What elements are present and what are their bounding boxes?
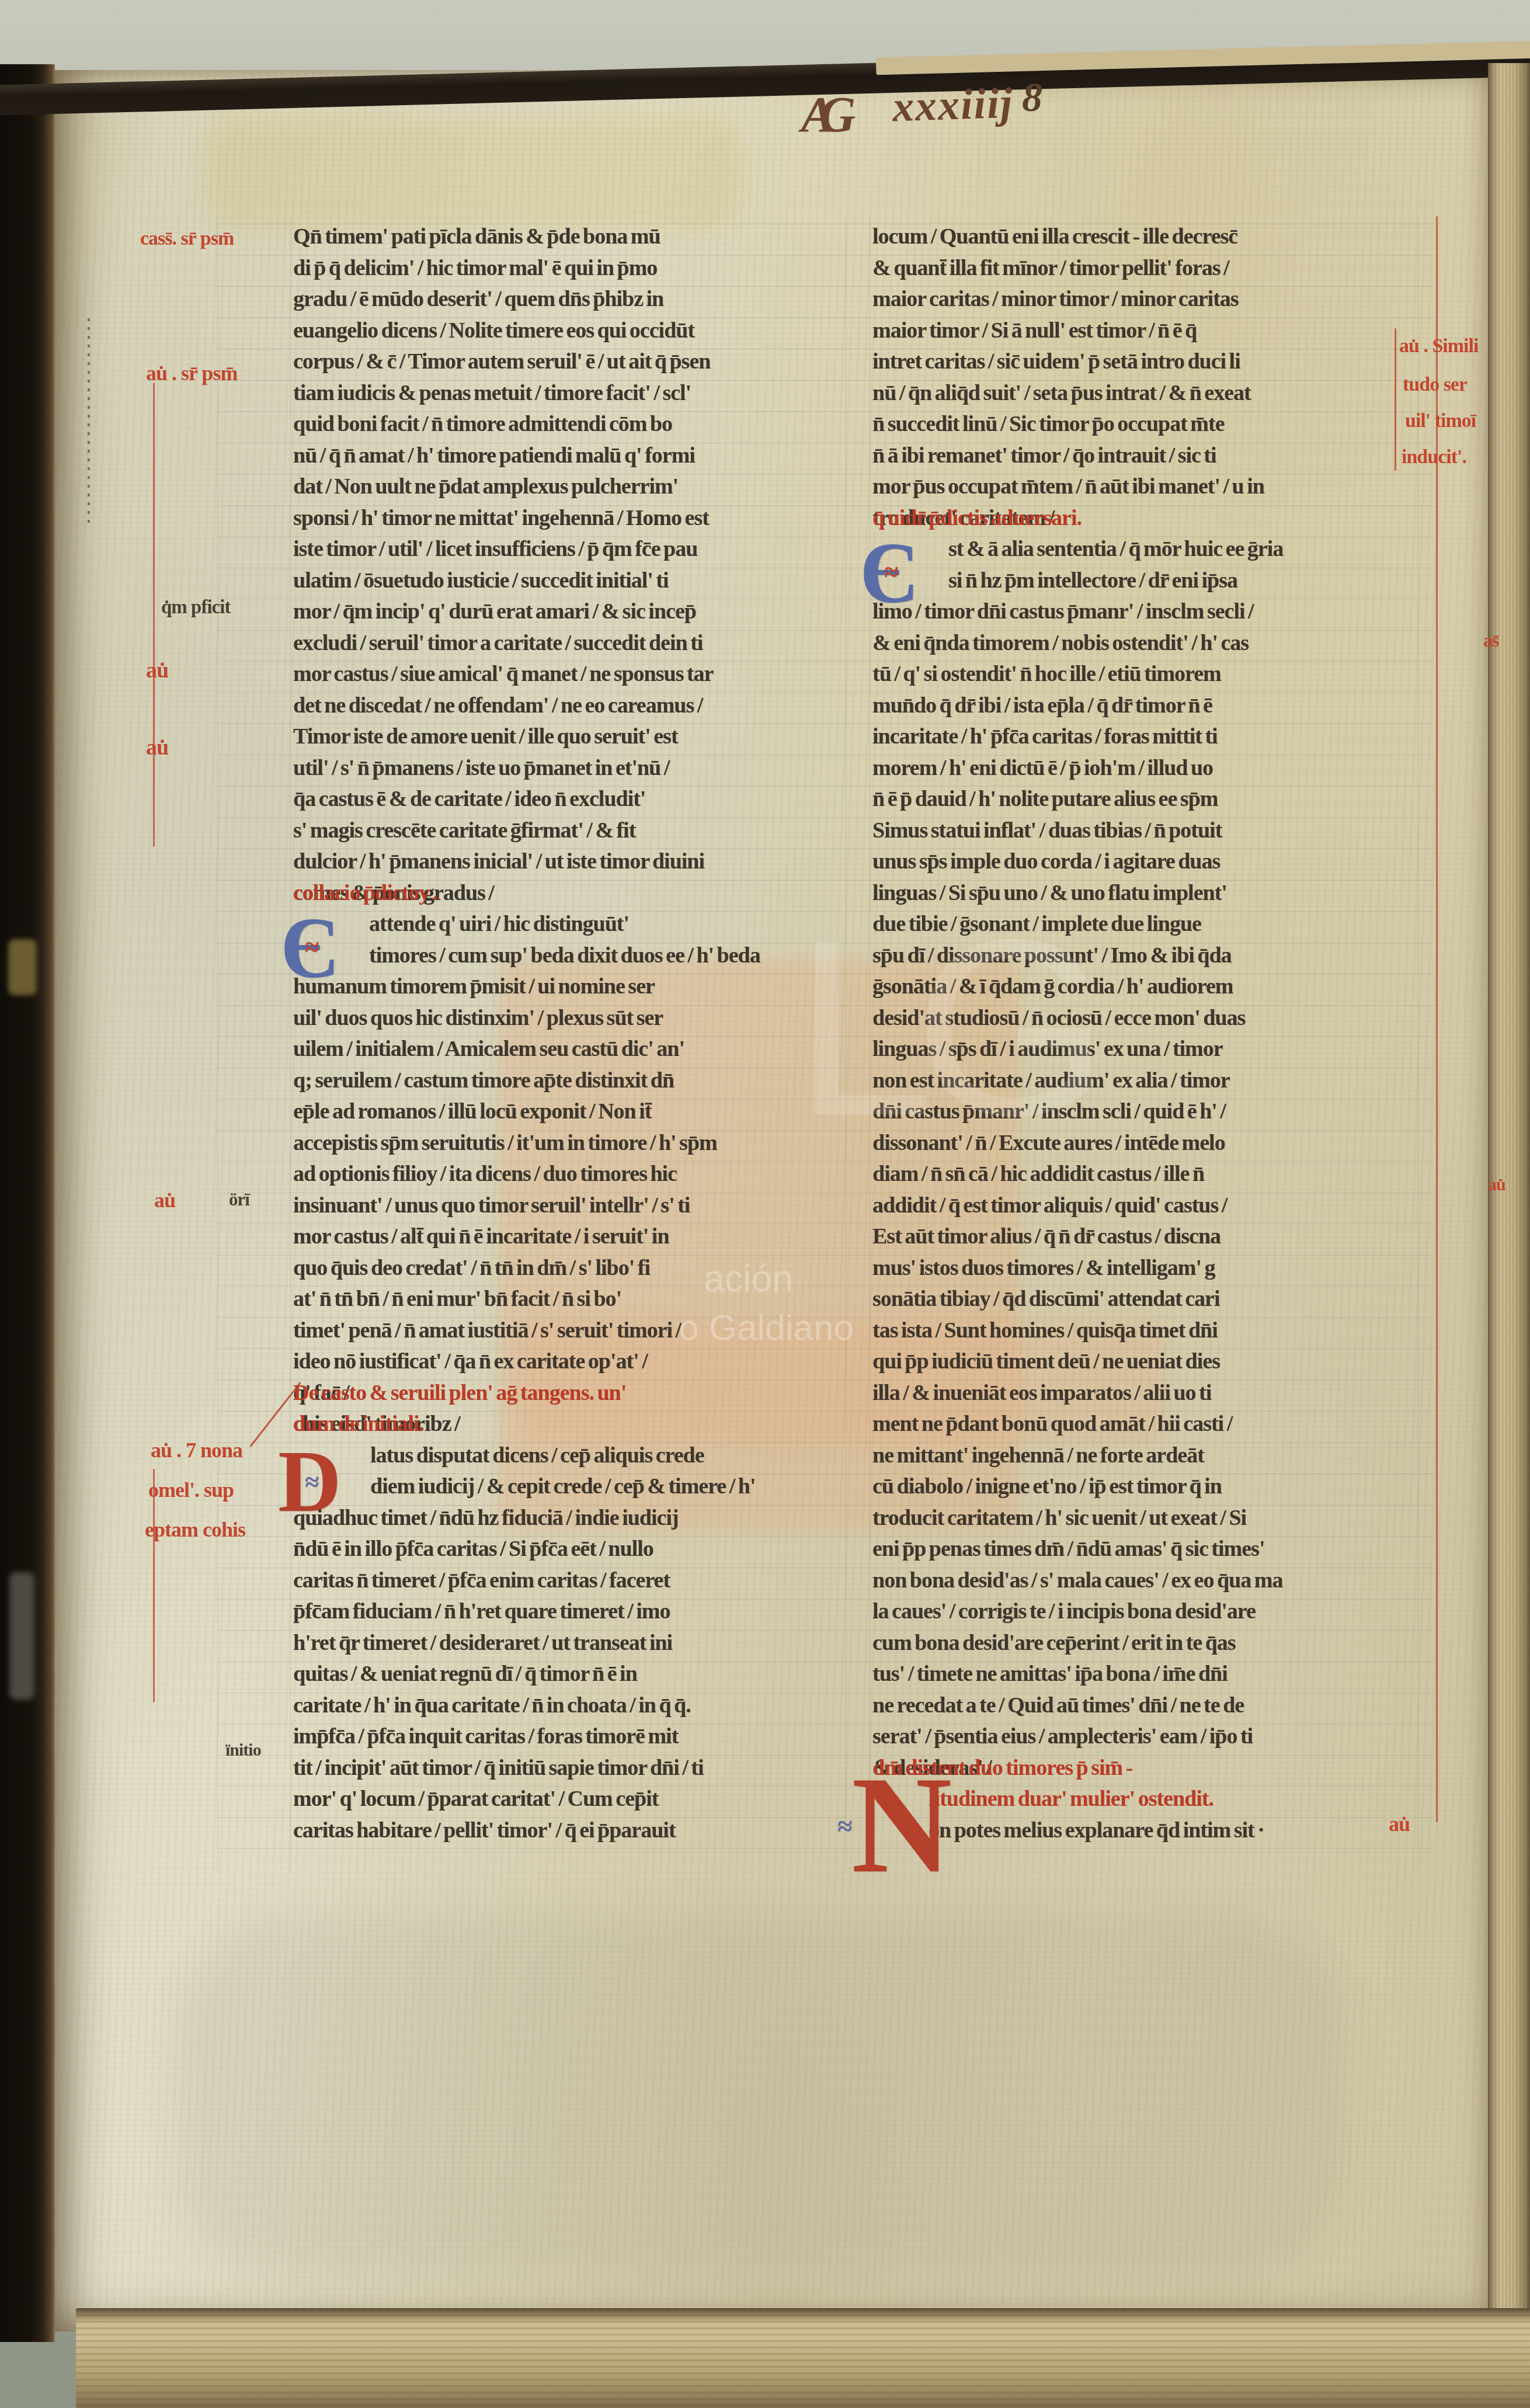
manuscript-line: addidit / q̄ est timor aliquis / quid' c… <box>872 1193 1421 1224</box>
manuscript-line: morem / h' eni dictū ē / p̄ ioh'm / illu… <box>872 755 1421 787</box>
manuscript-line: caritas n̄ timeret / p̄fc̄a enim caritas… <box>293 1568 847 1599</box>
line-segment: mun̄do q̄ dr̄ ibi / ista ep̄la / q̄ dr̄ … <box>872 693 1212 718</box>
manuscript-line: illa / & inueniāt eos imparatos / alii u… <box>872 1380 1421 1412</box>
manuscript-line: Qn̄ timem' pati pīcla dānis & p̄de bona … <box>293 224 847 255</box>
line-segment: corpus / & c̄ / Timor autem seruil' ē / … <box>293 349 710 374</box>
margin-note: as̄ <box>1483 630 1498 651</box>
manuscript-line: quitas / & ueniat regnū dī / q̄ timor n̄… <box>293 1661 847 1693</box>
line-segment: limo / timor dn̄i castus p̄manr' / inscl… <box>872 599 1254 624</box>
line-segment: caritas n̄ timeret / p̄fc̄a enim caritas… <box>293 1568 670 1593</box>
line-segment: non bona desid'as / s' mala caues' / ex … <box>872 1568 1282 1593</box>
line-segment: maior caritas / minor timor / minor cari… <box>872 286 1239 312</box>
manuscript-line: quid boni facit / n̄ timore admittendi c… <box>293 411 847 443</box>
line-segment: s' magis crescēte caritate ḡfirmat' / & … <box>293 818 635 843</box>
line-segment: unus sp̄s imple duo corda / i agitare du… <box>872 849 1220 874</box>
line-segment: q̄a castus ē & de caritate / ideo n̄ exc… <box>293 786 645 812</box>
manuscript-line: q' fac̄ / De casto & seruili plen' aḡ ta… <box>293 1380 847 1412</box>
manuscript-line: maior caritas / minor timor / minor cari… <box>872 286 1421 318</box>
manuscript-line: euangelio dicens / Nolite timere eos qui… <box>293 318 847 349</box>
line-segment: maior timor / Si ā null' est timor / n̄ … <box>872 318 1197 343</box>
line-segment: De casto & seruili plen' aḡ tangens. un' <box>293 1380 626 1406</box>
ruling-line-vertical <box>870 216 870 1872</box>
line-segment: si n̄ hz p̄m intellectore / dr̄ eni ip̄s… <box>948 568 1237 593</box>
manuscript-line: tus' / timete ne amittas' ip̄a bona / im… <box>872 1661 1421 1693</box>
manuscript-line: caritas habitare / pellit' timor' / q̄ e… <box>293 1818 847 1849</box>
manuscript-line: tas ista / Sunt homines / quisq̄a timet … <box>872 1318 1421 1349</box>
line-segment: tiam iudicis & penas metuit / timore fac… <box>293 380 691 406</box>
manuscript-line: det ne discedat / ne offendam' / ne eo c… <box>293 693 847 724</box>
manuscript-line: dissonant' / n̄ / Excute aures / intēde … <box>872 1130 1421 1162</box>
line-segment: mus' istos duos timores / & intelligam' … <box>872 1255 1215 1281</box>
manuscript-line: st & ā alia sententia / q̄ mōr huic ee ḡ… <box>872 536 1421 568</box>
manuscript-line: h'ret q̄r timeret / desideraret / ut tra… <box>293 1630 847 1662</box>
line-segment: mor / q̄m incip' q' durū erat amari / & … <box>293 599 696 624</box>
line-segment: timet' penā / n̄ amat iustitiā / s' seru… <box>293 1318 681 1343</box>
manuscript-line: insinuant' / unus quo timor seruil' inte… <box>293 1193 847 1224</box>
line-segment: due tibie / ḡsonant / implete due lingue <box>872 911 1201 937</box>
manuscript-line: serat' / p̄sentia eius / amplecteris' ea… <box>872 1724 1421 1755</box>
folio-digit: 8 <box>1022 75 1042 121</box>
manuscript-line: si n̄ hz p̄m intellectore / dr̄ eni ip̄s… <box>872 568 1421 599</box>
illuminated-initial-E: Є <box>860 530 918 617</box>
manuscript-line: attende q' uiri / hic distinguūt' <box>293 911 847 943</box>
line-segment: uil' duos quos hic distinxim' / plexus s… <box>293 1005 663 1031</box>
manuscript-line: p̄fc̄am fiduciam / n̄ h'ret quare timere… <box>293 1599 847 1630</box>
line-segment: diam / n̄ sn̄ cā / hic addidit castus / … <box>872 1161 1204 1187</box>
line-segment: serat' / p̄sentia eius / amplecteris' ea… <box>872 1724 1253 1749</box>
line-segment: mor p̄us occupat m̄tem / n̄ aūt ibi mane… <box>872 474 1264 499</box>
line-segment: n̄ ē p̄ dauid / h' nolite putare alius e… <box>872 786 1218 812</box>
line-segment: q; seruilem / castum timore ap̄te distin… <box>293 1068 674 1093</box>
line-segment: quiadhuc timet / n̄dū hz fiduciā / indie… <box>293 1505 679 1531</box>
line-segment: & quant̄ illa fit mīnor / timor pellit' … <box>872 255 1229 281</box>
line-segment: dat / Non uult ne p̄dat amplexus pulcher… <box>293 474 678 499</box>
line-segment: insinuant' / unus quo timor seruil' inte… <box>293 1193 690 1218</box>
manuscript-line: intret caritas / sic̄ uidem' p̄ setā int… <box>872 349 1421 380</box>
line-segment: timores / cum sup' beda dixit duos ee / … <box>369 943 760 968</box>
line-segment: ment ne p̄dant bonū quod amāt / hii cast… <box>872 1411 1232 1437</box>
manuscript-line: q; seruilem / castum timore ap̄te distin… <box>293 1068 847 1099</box>
manuscript-line: dat / Non uult ne p̄dat amplexus pulcher… <box>293 474 847 505</box>
manuscript-line: & quant̄ illa fit mīnor / timor pellit' … <box>872 255 1421 287</box>
line-segment: n̄ succedit linū / Sic timor p̄o occupat… <box>872 411 1225 437</box>
line-segment: Est aūt timor alius / q̄ n̄ dr̄ castus /… <box>872 1224 1220 1249</box>
line-segment: intret caritas / sic̄ uidem' p̄ setā int… <box>872 349 1240 374</box>
manuscript-line: latus disputat dicens / cep̄ aliquis cre… <box>293 1443 847 1474</box>
manuscript-line: ad optionis filioy / ita dicens / duo ti… <box>293 1161 847 1193</box>
manuscript-line: timet' penā / n̄ amat iustitiā / s' seru… <box>293 1318 847 1349</box>
manuscript-line: litudinem duar' mulier' ostendit. <box>872 1786 1421 1818</box>
line-segment: mor' q' locum / p̄parat caritat' / Cum c… <box>293 1786 658 1812</box>
line-segment: det ne discedat / ne offendam' / ne eo c… <box>293 693 703 718</box>
manuscript-line: non bona desid'as / s' mala caues' / ex … <box>872 1568 1421 1599</box>
margin-note: eptam cohis <box>145 1517 245 1542</box>
ruling-line <box>217 1848 1434 1849</box>
line-segment: util' / s' n̄ p̄manens / iste uo p̄manet… <box>293 755 669 781</box>
line-segment: sonātia tibiay / q̄d discūmi' attendat c… <box>872 1286 1220 1312</box>
page-content: AG xxxiiij 8 Qn̄ timem' pati pīcla dānis… <box>0 0 1530 2408</box>
manuscript-line: mor / q̄m incip' q' durū erat amari / & … <box>293 599 847 630</box>
line-segment: imp̄fc̄a / p̄fc̄a inquit caritas / foras… <box>293 1724 678 1749</box>
manuscript-line: & desideras' / dm̄ distent duo timores p… <box>872 1755 1421 1787</box>
line-segment: dn̄i castus p̄manr' / insclm scli / quid… <box>872 1099 1226 1124</box>
text-block-left: attende q' uiri / hic distinguūt'timores… <box>293 911 847 1443</box>
line-segment: diem iudicij / & cepit crede / cep̄ & ti… <box>370 1474 755 1499</box>
manuscript-line: limo / timor dn̄i castus p̄manr' / inscl… <box>872 599 1421 630</box>
line-segment: excludi / seruil' timor a caritate / suc… <box>293 630 703 656</box>
ruling-line-vertical <box>290 216 291 1872</box>
margin-note: au̇ <box>146 658 168 683</box>
manuscript-line: ideo nō iustificat' / q̄a n̄ ex caritate… <box>293 1349 847 1380</box>
manuscript-line: Timor iste de amore uenit / ille quo ser… <box>293 724 847 755</box>
line-segment: ne recedat a te / Quid aū times' dn̄i / … <box>872 1693 1244 1718</box>
line-segment: ad optionis filioy / ita dicens / duo ti… <box>293 1161 677 1187</box>
margin-note: au̇ . 7 nona <box>151 1438 242 1462</box>
manuscript-line: gradu / ē mūdo deserit' / quem dn̄s p̄hi… <box>293 286 847 318</box>
manuscript-line: ulatim / ōsuetudo iusticie / succedit in… <box>293 568 847 599</box>
manuscript-line: maior timor / Si ā null' est timor / n̄ … <box>872 318 1421 349</box>
margin-note: tudo ser <box>1403 374 1467 396</box>
manuscript-line: mor' q' locum / p̄parat caritat' / Cum c… <box>293 1786 847 1818</box>
manuscript-line: n̄ succedit linū / Sic timor p̄o occupat… <box>872 411 1421 443</box>
manuscript-line: q̄a castus ē & de caritate / ideo n̄ exc… <box>293 786 847 818</box>
manuscript-line: ḡsonātia / & ī q̄dam ḡ cordia / h' audio… <box>872 974 1421 1005</box>
manuscript-line: ep̄le ad romanos / illū locū exponit / N… <box>293 1099 847 1130</box>
line-segment: p̄fc̄am fiduciam / n̄ h'ret quare timere… <box>293 1599 670 1624</box>
line-segment: nū / q̄n aliq̄d suit' / seta p̄us intrat… <box>872 380 1251 406</box>
manuscript-line: mor p̄us occupat m̄tem / n̄ aūt ibi mane… <box>872 474 1421 505</box>
line-segment: locum / Quantū eni illa crescit - ille d… <box>872 224 1237 249</box>
margin-note: au̇ <box>146 735 168 760</box>
manuscript-line: comes & p̄onis gradus / collacio p̄dicto… <box>293 880 847 912</box>
line-segment: sponsi / h' timor ne mittat' ingehennā /… <box>293 505 709 531</box>
manuscript-line: excludi / seruil' timor a caritate / suc… <box>293 630 847 662</box>
manuscript-line: iste timor / util' / licet insufficiens … <box>293 536 847 568</box>
manuscript-line: due tibie / ḡsonant / implete due lingue <box>872 911 1421 943</box>
prick-dotted-line <box>88 318 90 529</box>
manuscript-line: n̄dū ē in illo p̄fc̄a caritas / Si p̄fc̄… <box>293 1536 847 1568</box>
manuscript-line: n̄ ē p̄ dauid / h' nolite putare alius e… <box>872 786 1421 818</box>
margin-note: au̇ . sr̄ psm̄ <box>146 361 237 385</box>
manuscript-line: Est aūt timor alius / q̄ n̄ dr̄ castus /… <box>872 1224 1421 1255</box>
line-segment: at' n̄ tn̄ bn̄ / n̄ eni mur' bn̄ facit /… <box>293 1286 621 1312</box>
margin-note: örī <box>229 1189 249 1210</box>
line-segment: la caues' / corrigis te / i incipis bona… <box>872 1599 1256 1624</box>
line-segment: attende q' uiri / hic distinguūt' <box>369 911 629 937</box>
margin-note: inducit'. <box>1402 446 1466 468</box>
manuscript-line: desid'at studiosū / n̄ ociosū / ecce mon… <box>872 1005 1421 1037</box>
text-block-right: locum / Quantū eni illa crescit - ille d… <box>872 224 1421 536</box>
line-segment: troducit caritatem / h' sic uenit / ut e… <box>872 1505 1246 1531</box>
ruling-line-vertical <box>217 216 218 1872</box>
manuscript-line: accepistis sp̄m seruitutis / it'um in ti… <box>293 1130 847 1162</box>
line-segment: qui p̄p iudiciū timent deū / ne ueniat d… <box>872 1349 1220 1374</box>
manuscript-line: nū / q̄n aliq̄d suit' / seta p̄us intrat… <box>872 380 1421 412</box>
manuscript-line: linguas / sp̄s dī / i audimus' ex una / … <box>872 1036 1421 1068</box>
manuscript-line: timores / cum sup' beda dixit duos ee / … <box>293 943 847 974</box>
manuscript-line: tit / incipit' aūt timor / q̄ initiū sap… <box>293 1755 847 1787</box>
manuscript-line: sponsi / h' timor ne mittat' ingehennā /… <box>293 505 847 537</box>
manuscript-photo: AG xxxiiij 8 Qn̄ timem' pati pīcla dānis… <box>0 0 1530 2408</box>
line-segment: Simus statui inflat' / duas tibias / n̄ … <box>872 818 1222 843</box>
manuscript-line: sonātia tibiay / q̄d discūmi' attendat c… <box>872 1286 1421 1318</box>
line-segment: uilem / initialem / Amicalem seu castū d… <box>293 1036 684 1062</box>
line-segment: dulcior / h' p̄manens inicial' / ut iste… <box>293 849 704 874</box>
line-segment: linguas / Si sp̄u uno / & uno flatu impl… <box>872 880 1227 906</box>
line-segment: ḡsonātia / & ī q̄dam ḡ cordia / h' audio… <box>872 974 1233 999</box>
line-segment: gradu / ē mūdo deserit' / quem dn̄s p̄hi… <box>293 286 663 312</box>
margin-note: ïnitio <box>225 1740 261 1760</box>
text-block-left: Qn̄ timem' pati pīcla dānis & p̄de bona … <box>293 224 847 911</box>
line-segment: st & ā alia sententia / q̄ mōr huic ee ḡ… <box>948 536 1283 562</box>
line-segment: Timor iste de amore uenit / ille quo ser… <box>293 724 678 749</box>
manuscript-line: locum / Quantū eni illa crescit - ille d… <box>872 224 1421 255</box>
manuscript-line: dulcior / h' p̄manens inicial' / ut iste… <box>293 849 847 880</box>
line-segment: latus disputat dicens / cep̄ aliquis cre… <box>370 1443 704 1468</box>
manuscript-line: mus' istos duos timores / & intelligam' … <box>872 1255 1421 1287</box>
manuscript-line: uilem / initialem / Amicalem seu castū d… <box>293 1036 847 1068</box>
manuscript-line: uil' duos quos hic distinxim' / plexus s… <box>293 1005 847 1037</box>
margin-note: cass̄. sr̄ psm̄ <box>140 228 234 250</box>
line-segment: & eni q̄nda timorem / nobis ostendit' / … <box>872 630 1249 656</box>
manuscript-line: unus sp̄s imple duo corda / i agitare du… <box>872 849 1421 880</box>
line-segment: addidit / q̄ est timor aliquis / quid' c… <box>872 1193 1227 1218</box>
line-segment: di p̄ q̄ delicim' / hic timor mal' ē qui… <box>293 255 657 281</box>
manuscript-line: imp̄fc̄a / p̄fc̄a inquit caritas / foras… <box>293 1724 847 1755</box>
line-segment: caritas habitare / pellit' timor' / q̄ e… <box>293 1818 676 1843</box>
manuscript-line: tro ducet' caritatem / q̄ uidr̄ p̄dictis… <box>872 505 1421 537</box>
margin-note: au̇ . Simili <box>1399 335 1478 357</box>
line-segment: caritate / h' in q̄ua caritate / n̄ in c… <box>293 1693 691 1718</box>
manuscript-line: nū / q̄ n̄ amat / h' timore patiendi mal… <box>293 443 847 474</box>
manuscript-line: la caues' / corrigis te / i incipis bona… <box>872 1599 1421 1630</box>
line-segment: euangelio dicens / Nolite timere eos qui… <box>293 318 694 343</box>
manuscript-line: n̄ ā ibi remanet' timor / q̄o intrauit /… <box>872 443 1421 474</box>
margin-note: q̇m pficit <box>161 597 230 618</box>
margin-note: au̇ <box>1488 1175 1505 1195</box>
manuscript-line: chis eisd' timoribz / dum de initiali. <box>293 1411 847 1443</box>
manuscript-line: quiadhuc timet / n̄dū hz fiduciā / indie… <box>293 1505 847 1537</box>
line-segment: mor castus / siue amical' q̄ manet / ne … <box>293 661 713 687</box>
manuscript-line: corpus / & c̄ / Timor autem seruil' ē / … <box>293 349 847 380</box>
line-segment: illa / & inueniāt eos imparatos / alii u… <box>872 1380 1211 1406</box>
manuscript-line: tū / q' si ostendit' n̄ hoc ille / etiū … <box>872 661 1421 693</box>
line-segment: tit / incipit' aūt timor / q̄ initiū sap… <box>293 1755 704 1781</box>
manuscript-line: s' magis crescēte caritate ḡfirmat' / & … <box>293 818 847 849</box>
line-segment: tus' / timete ne amittas' ip̄a bona / im… <box>872 1661 1228 1687</box>
manuscript-line: sp̄u dī / dissonare possunt' / Imo & ibi… <box>872 943 1421 974</box>
margin-note: au̇ <box>1389 1812 1410 1836</box>
line-segment: cū diabolo / inigne et'no / ip̄ est timo… <box>872 1474 1222 1499</box>
red-margin-bracket <box>153 383 155 847</box>
manuscript-line: mor castus / siue amical' q̄ manet / ne … <box>293 661 847 693</box>
line-segment: n̄ ā ibi remanet' timor / q̄o intrauit /… <box>872 443 1216 468</box>
line-segment: on potes melius explanare q̄d intim sit … <box>929 1818 1264 1843</box>
manuscript-line: cum bona desid'are cep̄erint / erit in t… <box>872 1630 1421 1662</box>
manuscript-line: on potes melius explanare q̄d intim sit … <box>872 1818 1421 1849</box>
manuscript-line: eni p̄p penas times dm̄ / n̄dū amas' q̄ … <box>872 1536 1421 1568</box>
illuminated-initial-D: D <box>278 1438 341 1526</box>
manuscript-line: non est incaritate / audium' ex alia / t… <box>872 1068 1421 1099</box>
illuminated-initial-N: N <box>851 1756 952 1895</box>
line-segment: iste timor / util' / licet insufficiens … <box>293 536 697 562</box>
line-segment: tū / q' si ostendit' n̄ hoc ille / etiū … <box>872 661 1221 687</box>
text-block-left: latus disputat dicens / cep̄ aliquis cre… <box>293 1443 847 1849</box>
manuscript-line: diem iudicij / & cepit crede / cep̄ & ti… <box>293 1474 847 1505</box>
line-segment: ulatim / ōsuetudo iusticie / succedit in… <box>293 568 669 593</box>
line-segment: incaritate / h' p̄fc̄a caritas / foras m… <box>872 724 1218 749</box>
line-segment: nū / q̄ n̄ amat / h' timore patiendi mal… <box>293 443 695 468</box>
folio-monogram-letter: AG <box>801 85 840 144</box>
manuscript-line: tiam iudicis & penas metuit / timore fac… <box>293 380 847 412</box>
red-margin-bracket <box>153 1469 155 1702</box>
manuscript-line: caritate / h' in q̄ua caritate / n̄ in c… <box>293 1693 847 1724</box>
manuscript-line: mun̄do q̄ dr̄ ibi / ista ep̄la / q̄ dr̄ … <box>872 693 1421 724</box>
manuscript-line: troducit caritatem / h' sic uenit / ut e… <box>872 1505 1421 1537</box>
manuscript-line: cū diabolo / inigne et'no / ip̄ est timo… <box>872 1474 1421 1505</box>
manuscript-line: ment ne p̄dant bonū quod amāt / hii cast… <box>872 1411 1421 1443</box>
manuscript-line: humanum timorem p̄misit / ui nomine ser <box>293 974 847 1005</box>
line-segment: non est incaritate / audium' ex alia / t… <box>872 1068 1230 1093</box>
line-segment: humanum timorem p̄misit / ui nomine ser <box>293 974 655 999</box>
folio-number: xxxiiij <box>892 78 1014 132</box>
margin-note: omel'. sup <box>148 1478 234 1502</box>
manuscript-line: dn̄i castus p̄manr' / insclm scli / quid… <box>872 1099 1421 1130</box>
line-segment: mor castus / alt̄ qui n̄ ē incaritate / … <box>293 1224 669 1249</box>
manuscript-line: di p̄ q̄ delicim' / hic timor mal' ē qui… <box>293 255 847 287</box>
manuscript-line: ne recedat a te / Quid aū times' dn̄i / … <box>872 1693 1421 1724</box>
manuscript-line: incaritate / h' p̄fc̄a caritas / foras m… <box>872 724 1421 755</box>
manuscript-line: & eni q̄nda timorem / nobis ostendit' / … <box>872 630 1421 662</box>
illuminated-initial-E: Є <box>280 905 339 992</box>
manuscript-line: at' n̄ tn̄ bn̄ / n̄ eni mur' bn̄ facit /… <box>293 1286 847 1318</box>
line-segment: dissonant' / n̄ / Excute aures / intēde … <box>872 1130 1225 1156</box>
line-segment: litudinem duar' mulier' ostendit. <box>929 1786 1213 1812</box>
manuscript-line: linguas / Si sp̄u uno / & uno flatu impl… <box>872 880 1421 912</box>
line-segment: cum bona desid'are cep̄erint / erit in t… <box>872 1630 1236 1656</box>
line-segment: quitas / & ueniat regnū dī / q̄ timor n̄… <box>293 1661 637 1687</box>
margin-note: uil' timoī <box>1405 410 1476 432</box>
text-block-right: st & ā alia sententia / q̄ mōr huic ee ḡ… <box>872 536 1421 1786</box>
line-segment: h'ret q̄r timeret / desideraret / ut tra… <box>293 1630 672 1656</box>
line-segment: sp̄u dī / dissonare possunt' / Imo & ibi… <box>872 943 1232 968</box>
line-segment: tas ista / Sunt homines / quisq̄a timet … <box>872 1318 1218 1343</box>
manuscript-line: diam / n̄ sn̄ cā / hic addidit castus / … <box>872 1161 1421 1193</box>
line-segment: desid'at studiosū / n̄ ociosū / ecce mon… <box>872 1005 1245 1031</box>
line-segment: Qn̄ timem' pati pīcla dānis & p̄de bona … <box>293 224 660 249</box>
text-block-right: litudinem duar' mulier' ostendit.on pote… <box>872 1786 1421 1848</box>
line-segment: n̄dū ē in illo p̄fc̄a caritas / Si p̄fc̄… <box>293 1536 653 1562</box>
line-segment: quo q̄uis deo credat' / n̄ tn̄ in dm̄ / … <box>293 1255 650 1281</box>
manuscript-line: Simus statui inflat' / duas tibias / n̄ … <box>872 818 1421 849</box>
manuscript-line: ne mittant' ingehennā / ne forte ardeāt <box>872 1443 1421 1474</box>
line-segment: linguas / sp̄s dī / i audimus' ex una / … <box>872 1036 1223 1062</box>
manuscript-line: quo q̄uis deo credat' / n̄ tn̄ in dm̄ / … <box>293 1255 847 1287</box>
line-segment: quid boni facit / n̄ timore admittendi c… <box>293 411 672 437</box>
line-segment: ne mittant' ingehennā / ne forte ardeāt <box>872 1443 1204 1468</box>
line-segment: accepistis sp̄m seruitutis / it'um in ti… <box>293 1130 717 1156</box>
manuscript-line: qui p̄p iudiciū timent deū / ne ueniat d… <box>872 1349 1421 1380</box>
line-segment: eni p̄p penas times dm̄ / n̄dū amas' q̄ … <box>872 1536 1264 1562</box>
line-segment: morem / h' eni dictū ē / p̄ ioh'm / illu… <box>872 755 1213 781</box>
manuscript-line: util' / s' n̄ p̄manens / iste uo p̄manet… <box>293 755 847 787</box>
margin-note: au̇ <box>154 1188 175 1212</box>
manuscript-line: mor castus / alt̄ qui n̄ ē incaritate / … <box>293 1224 847 1255</box>
line-segment: ep̄le ad romanos / illū locū exponit / N… <box>293 1099 651 1124</box>
line-segment: ideo nō iustificat' / q̄a n̄ ex caritate… <box>293 1349 648 1374</box>
